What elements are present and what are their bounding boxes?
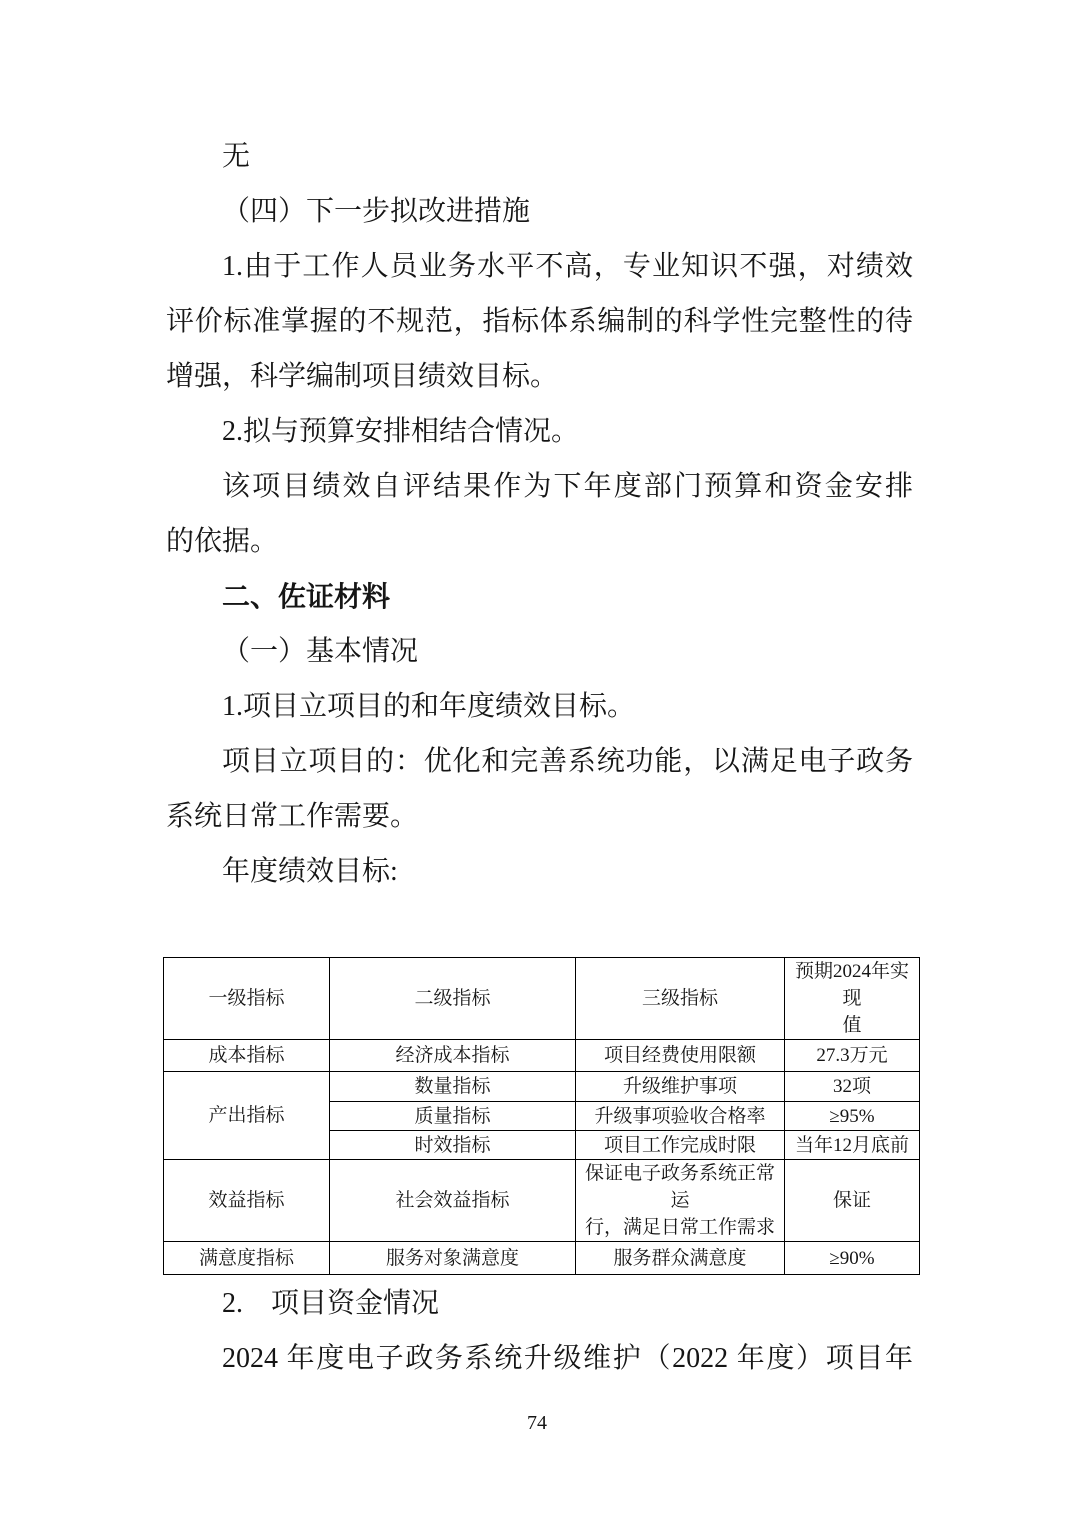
paragraph-line: 该项目绩效自评结果作为下年度部门预算和资金安排 <box>166 459 913 514</box>
sub-heading: （四）下一步拟改进措施 <box>166 184 913 239</box>
table-cell: 服务对象满意度 <box>330 1242 576 1275</box>
table-header-cell: 三级指标 <box>576 958 785 1040</box>
page-number: 74 <box>0 1410 1074 1436</box>
table-cell: 项目经费使用限额 <box>576 1040 785 1072</box>
sub-heading: （一）基本情况 <box>166 624 913 679</box>
paragraph-line: 增强，科学编制项目绩效目标。 <box>166 349 913 404</box>
table-header-cell: 二级指标 <box>330 958 576 1040</box>
table-cell: 升级事项验收合格率 <box>576 1102 785 1131</box>
paragraph-line: 2024 年度电子政务系统升级维护（2022 年度）项目年 <box>166 1331 913 1386</box>
table-cell: 数量指标 <box>330 1072 576 1102</box>
paragraph-line: 年度绩效目标: <box>166 844 913 899</box>
table-cell: 产出指标 <box>164 1072 330 1160</box>
paragraph-line: 2.拟与预算安排相结合情况。 <box>166 404 913 459</box>
paragraph-line: 评价标准掌握的不规范，指标体系编制的科学性完整性的待 <box>166 294 913 349</box>
body-text: 无 （四）下一步拟改进措施 1.由于工作人员业务水平不高，专业知识不强，对绩效 … <box>166 129 913 899</box>
table-header-row: 一级指标 二级指标 三级指标 预期2024年实现 值 <box>164 958 920 1040</box>
paragraph-line: 项目立项目的：优化和完善系统功能，以满足电子政务 <box>166 734 913 789</box>
performance-target-table: 一级指标 二级指标 三级指标 预期2024年实现 值 成本指标 经济成本指标 项… <box>163 957 920 1275</box>
section-heading: 二、佐证材料 <box>166 569 913 624</box>
table-cell: 项目工作完成时限 <box>576 1131 785 1160</box>
paragraph-line: 无 <box>166 129 913 184</box>
table-cell: 经济成本指标 <box>330 1040 576 1072</box>
table-cell: 32项 <box>785 1072 920 1102</box>
paragraph-line: 1.项目立项目的和年度绩效目标。 <box>166 679 913 734</box>
table-cell: 保证 <box>785 1160 920 1242</box>
table-header-cell: 一级指标 <box>164 958 330 1040</box>
table-cell: 27.3万元 <box>785 1040 920 1072</box>
table-cell: 成本指标 <box>164 1040 330 1072</box>
table-row: 效益指标 社会效益指标 保证电子政务系统正常运 行，满足日常工作需求 保证 <box>164 1160 920 1242</box>
table-header-cell: 预期2024年实现 值 <box>785 958 920 1040</box>
body-text-continued: 2. 项目资金情况 2024 年度电子政务系统升级维护（2022 年度）项目年 <box>166 1276 913 1386</box>
table-cell: 保证电子政务系统正常运 行，满足日常工作需求 <box>576 1160 785 1242</box>
sub-heading: 2. 项目资金情况 <box>166 1276 913 1331</box>
paragraph-line: 系统日常工作需要。 <box>166 789 913 844</box>
paragraph-line: 的依据。 <box>166 514 913 569</box>
table-cell: 服务群众满意度 <box>576 1242 785 1275</box>
table-row: 满意度指标 服务对象满意度 服务群众满意度 ≥90% <box>164 1242 920 1275</box>
table-cell: 当年12月底前 <box>785 1131 920 1160</box>
table-cell: 效益指标 <box>164 1160 330 1242</box>
document-page: 无 （四）下一步拟改进措施 1.由于工作人员业务水平不高，专业知识不强，对绩效 … <box>0 0 1074 1520</box>
table-cell: 满意度指标 <box>164 1242 330 1275</box>
table-row: 成本指标 经济成本指标 项目经费使用限额 27.3万元 <box>164 1040 920 1072</box>
table-cell: ≥90% <box>785 1242 920 1275</box>
paragraph-line: 1.由于工作人员业务水平不高，专业知识不强，对绩效 <box>166 239 913 294</box>
table-row: 产出指标 数量指标 升级维护事项 32项 <box>164 1072 920 1102</box>
table-cell: 时效指标 <box>330 1131 576 1160</box>
table-cell: 质量指标 <box>330 1102 576 1131</box>
table-cell: ≥95% <box>785 1102 920 1131</box>
table-cell: 社会效益指标 <box>330 1160 576 1242</box>
table-cell: 升级维护事项 <box>576 1072 785 1102</box>
